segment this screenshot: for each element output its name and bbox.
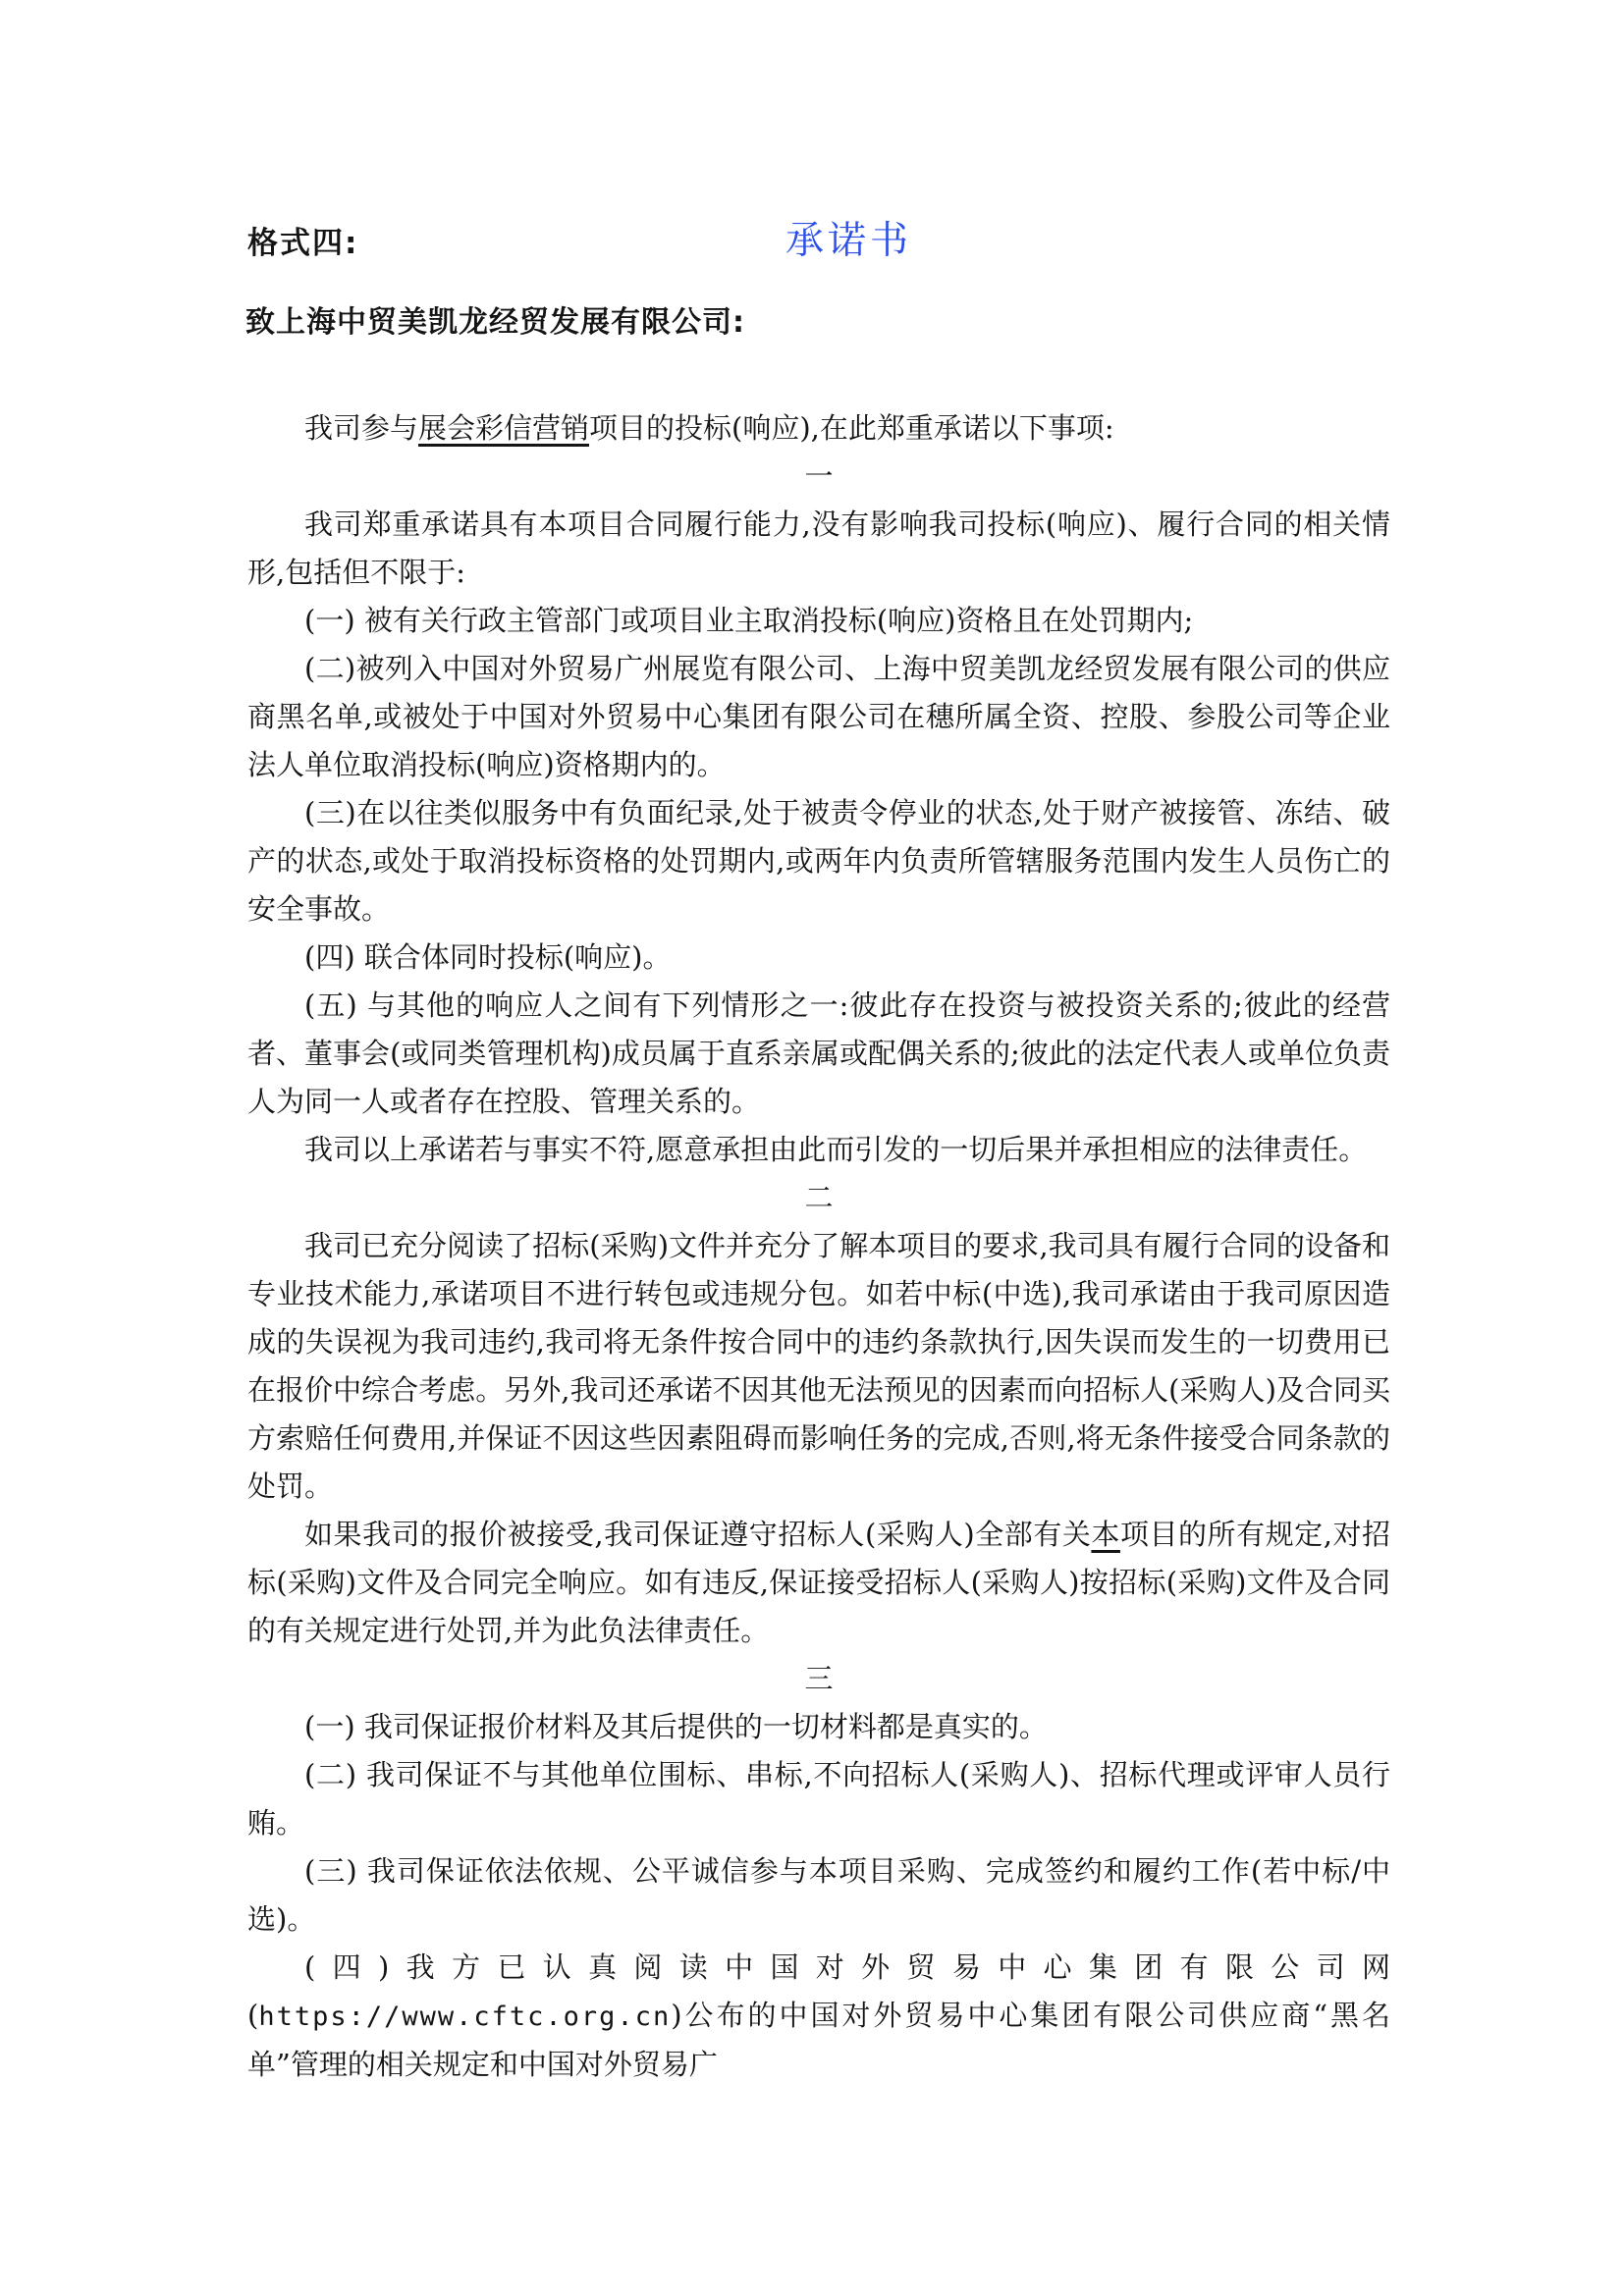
- paragraph-item-1-disqualified: (一) 被有关行政主管部门或项目业主取消投标(响应)资格且在处罚期内;: [247, 597, 1390, 645]
- cftc-url: https://www.cftc.org.cn: [258, 2002, 671, 2032]
- price-prefix: 如果我司的报价被接受,我司保证遵守招标人(采购人)全部有关: [304, 1518, 1091, 1551]
- section-number-2: 二: [247, 1174, 1390, 1222]
- paragraph-item-5-relationships: (五) 与其他的响应人之间有下列情形之一:彼此存在投资与被投资关系的;彼此的经营…: [247, 982, 1390, 1126]
- paragraph-read-documents: 我司已充分阅读了招标(采购)文件并充分了解本项目的要求,我司具有履行合同的设备和…: [247, 1222, 1390, 1511]
- paragraph-capability-statement: 我司郑重承诺具有本项目合同履行能力,没有影响我司投标(响应)、履行合同的相关情形…: [247, 501, 1390, 597]
- paragraph-guarantee-2-no-bribery: (二) 我司保证不与其他单位围标、串标,不向招标人(采购人)、招标代理或评审人员…: [247, 1751, 1390, 1847]
- format-label: 格式四:: [247, 218, 358, 262]
- paragraph-guarantee-3-compliance: (三) 我司保证依法依规、公平诚信参与本项目采购、完成签约和履约工作(若中标/中…: [247, 1847, 1390, 1944]
- document-body: 我司参与展会彩信营销项目的投标(响应),在此郑重承诺以下事项: 一 我司郑重承诺…: [247, 404, 1390, 2089]
- paragraph-item-2-blacklist: (二)被列入中国对外贸易广州展览有限公司、上海中贸美凯龙经贸发展有限公司的供应商…: [247, 645, 1390, 789]
- paragraph-guarantee-4-blacklist-rules: (四)我方已认真阅读中国对外贸易中心集团有限公司网(https://www.cf…: [247, 1944, 1390, 2089]
- project-name-underlined: 展会彩信营销: [418, 411, 589, 445]
- paragraph-price-accepted: 如果我司的报价被接受,我司保证遵守招标人(采购人)全部有关本项目的所有规定,对招…: [247, 1511, 1390, 1655]
- paragraph-item-4-consortium: (四) 联合体同时投标(响应)。: [247, 934, 1390, 982]
- paragraph-project-intro: 我司参与展会彩信营销项目的投标(响应),在此郑重承诺以下事项:: [247, 404, 1390, 453]
- document-title: 承诺书: [785, 210, 912, 265]
- intro-suffix: 项目的投标(响应),在此郑重承诺以下事项:: [589, 411, 1114, 445]
- ben-underlined: 本: [1091, 1518, 1120, 1551]
- intro-prefix: 我司参与: [304, 411, 418, 445]
- paragraph-item-3-negative-record: (三)在以往类似服务中有负面纪录,处于被责令停业的状态,处于财产被接管、冻结、破…: [247, 789, 1390, 934]
- salutation-line: 致上海中贸美凯龙经贸发展有限公司:: [245, 297, 745, 341]
- paragraph-guarantee-1-truthful: (一) 我司保证报价材料及其后提供的一切材料都是真实的。: [247, 1703, 1390, 1751]
- paragraph-liability-statement: 我司以上承诺若与事实不符,愿意承担由此而引发的一切后果并承担相应的法律责任。: [247, 1126, 1390, 1174]
- document-page: 格式四: 承诺书 致上海中贸美凯龙经贸发展有限公司: 我司参与展会彩信营销项目的…: [0, 0, 1624, 2296]
- section-number-1: 一: [247, 453, 1390, 501]
- section-number-3: 三: [247, 1655, 1390, 1703]
